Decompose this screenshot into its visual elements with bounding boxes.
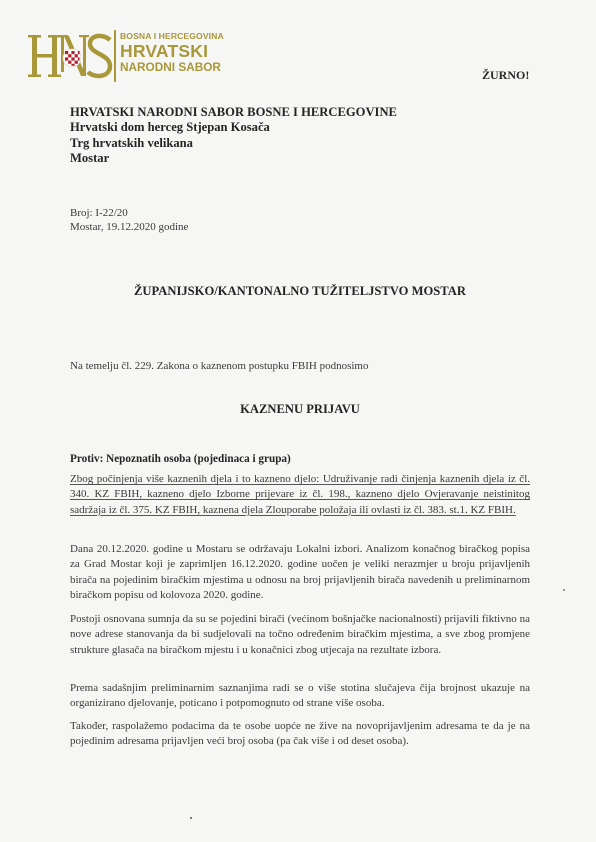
reference-number: Broj: I-22/20: [70, 206, 188, 220]
intro-sentence: Na temelju čl. 229. Zakona o kaznenom po…: [70, 360, 368, 372]
paragraph-addresses: Također, raspolažemo podacima da te osob…: [70, 719, 530, 750]
hns-monogram-icon: [28, 30, 113, 82]
logo-line-country: BOSNA I HERCEGOVINA: [120, 32, 224, 41]
paragraph-preliminary-findings: Prema sadašnjim preliminarnim saznanjima…: [70, 681, 530, 712]
logo-divider: [114, 30, 116, 82]
document-title: KAZNENU PRIJAVU: [0, 402, 596, 417]
logo-line-narodni-sabor: NARODNI SABOR: [120, 62, 224, 74]
recipient-heading: ŽUPANIJSKO/KANTONALNO TUŽITELJSTVO MOSTA…: [0, 284, 596, 299]
sender-line-street: Trg hrvatskih velikana: [70, 136, 397, 151]
logo-wordmark: BOSNA I HERCEGOVINA HRVATSKI NARODNI SAB…: [120, 32, 224, 74]
logo-line-hrvatski: HRVATSKI: [120, 43, 224, 61]
reference-block: Broj: I-22/20 Mostar, 19.12.2020 godine: [70, 206, 188, 234]
hns-logo: BOSNA I HERCEGOVINA HRVATSKI NARODNI SAB…: [28, 30, 238, 82]
reference-place-date: Mostar, 19.12.2020 godine: [70, 220, 188, 234]
urgent-label: ŽURNO!: [482, 68, 529, 83]
scan-speck: [563, 589, 565, 591]
document-page: BOSNA I HERCEGOVINA HRVATSKI NARODNI SAB…: [0, 0, 596, 842]
paragraph-suspicion: Postoji osnovana sumnja da su se pojedin…: [70, 612, 530, 658]
charges-paragraph: Zbog počinjenja više kaznenih djela i to…: [70, 472, 530, 518]
sender-line-organization: HRVATSKI NARODNI SABOR BOSNE I HERCEGOVI…: [70, 105, 397, 120]
against-line: Protiv: Nepoznatih osoba (pojedinaca i g…: [70, 453, 291, 465]
sender-line-city: Mostar: [70, 151, 397, 166]
sender-line-building: Hrvatski dom herceg Stjepan Kosača: [70, 120, 397, 135]
paragraph-elections: Dana 20.12.2020. godine u Mostaru se odr…: [70, 542, 530, 604]
sender-address: HRVATSKI NARODNI SABOR BOSNE I HERCEGOVI…: [70, 105, 397, 166]
scan-speck: [190, 817, 192, 819]
